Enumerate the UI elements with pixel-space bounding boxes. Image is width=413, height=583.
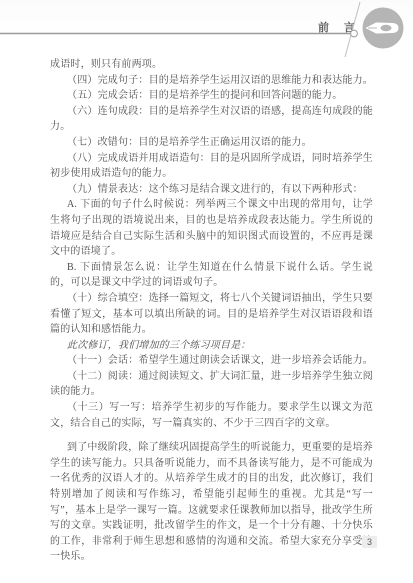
paragraph: （五）完成会话：目的是培养学生的提问和回答问题的能力。 [50,88,373,104]
paragraph: 到了中级阶段，除了继续巩固提高学生的听说能力，更重要的是培养学生的读写能力。只具… [50,440,373,565]
page-header: 前 言 [0,0,413,58]
paragraph: （四）完成句子：目的是培养学生运用汉语的思维能力和表达能力。 [50,73,373,89]
paragraph: （八）完成成语并用成语造句：目的是巩固所学成语，同时培养学生初步使用成语造句的能… [50,151,373,182]
junction-dot [351,30,358,37]
paragraph: （六）连句成段：目的是培养学生对汉语的语感，提高连句成段的能力。 [50,104,373,135]
paragraph: 成语时，则只有前两项。 [50,57,373,73]
book-page: 前 言 成语时，则只有前两项。（四）完成句子：目的是培养学生运用汉语的思维能力和… [0,0,413,583]
paragraph: （十三）写一写：培养学生初步的写作能力。要求学生以课文为范文，结合自己的实际，写… [50,400,373,431]
paragraph: A. 下面的句子什么时候说：列举两三个课文中出现的常用句，让学生将句子出现的语境… [50,197,373,259]
diagonal-line [345,2,360,57]
paragraph: （十一）会话：希望学生通过朗读会话课文，进一步培养会话能力。 [50,353,373,369]
page-number-badge: 3 [362,536,377,548]
quill-pen-icon [363,8,404,49]
paragraph: 此次修订，我们增加的三个练习项目是： [50,338,373,354]
paragraph: （九）情景表达：这个练习是结合课文进行的，有以下两种形式： [50,182,373,198]
preface-body: 成语时，则只有前两项。（四）完成句子：目的是培养学生运用汉语的思维能力和表达能力… [50,57,373,565]
page-number: 3 [367,537,372,547]
paragraph: B. 下面情景怎么说：让学生知道在什么情景下说什么话。学生说的，可以是课文中学过… [50,260,373,291]
paragraph: （十二）阅读：通过阅读短文、扩大词汇量，进一步培养学生独立阅读的能力。 [50,369,373,400]
header-decoration [0,0,413,58]
paragraph: （七）改错句：目的是培养学生正确运用汉语的能力。 [50,135,373,151]
paragraph: （十）综合填空：选择一篇短文，将七八个关键词语抽出，学生只要看懂了短文，基本可以… [50,291,373,338]
